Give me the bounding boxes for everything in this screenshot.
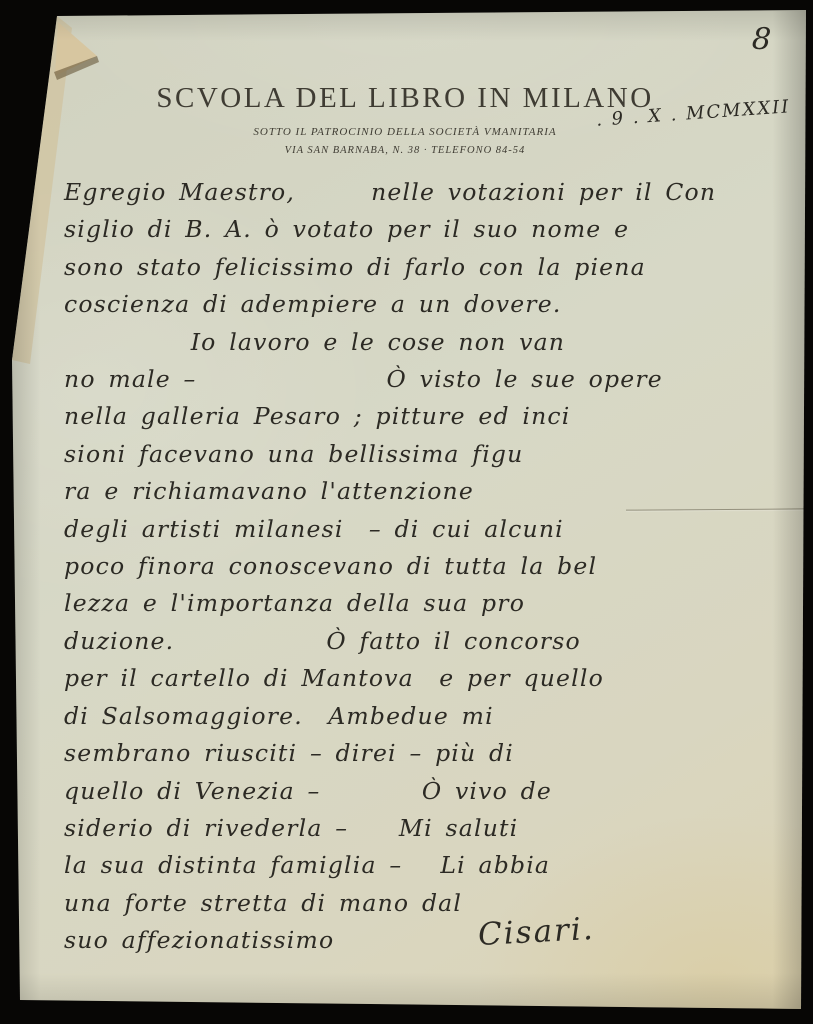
handwriting-line: una forte stretta di mano dal [64, 885, 794, 922]
photo-background: 8 SCVOLA DEL LIBRO IN MILANO SOTTO IL PA… [0, 0, 813, 1024]
handwriting-line: siderio di rivederla – Mi saluti [64, 810, 794, 847]
letter-paper: 8 SCVOLA DEL LIBRO IN MILANO SOTTO IL PA… [0, 0, 813, 1024]
handwriting-line: siglio di B. A. ò votato per il suo nome… [64, 211, 794, 248]
signature: Cisari. [477, 911, 595, 953]
letterhead-subtitle: SOTTO IL PATROCINIO DELLA SOCIETÀ VMANIT… [55, 126, 755, 138]
letter-body: Egregio Maestro, nelle votazioni per il … [64, 174, 794, 960]
handwriting-line: coscienza di adempiere a un dovere. [64, 286, 794, 323]
handwriting-line: sembrano riusciti – direi – più di [64, 735, 794, 772]
handwriting-line: Egregio Maestro, nelle votazioni per il … [64, 174, 794, 211]
handwriting-line: la sua distinta famiglia – Li abbia [64, 847, 794, 884]
handwriting-line: sioni facevano una bellissima figu [64, 436, 794, 473]
handwriting-line: duzione. Ò fatto il concorso [64, 623, 794, 660]
handwriting-line: per il cartello di Mantova e per quello [64, 660, 794, 697]
handwriting-line: nella galleria Pesaro ; pitture ed inci [64, 398, 794, 435]
handwriting-line: suo affezionatissimo [64, 922, 794, 959]
handwriting-line: quello di Venezia – Ò vivo de [64, 773, 794, 810]
handwriting-line: lezza e l'importanza della sua pro [64, 585, 794, 622]
handwriting-line: sono stato felicissimo di farlo con la p… [64, 249, 794, 286]
page-number: 8 [751, 22, 772, 58]
handwriting-line: di Salsomaggiore. Ambedue mi [64, 698, 794, 735]
handwriting-line: Io lavoro e le cose non van [64, 324, 794, 361]
handwriting-line: ra e richiamavano l'attenzione [64, 473, 794, 510]
handwriting-line: degli artisti milanesi – di cui alcuni [64, 511, 794, 548]
letterhead-address: VIA SAN BARNABA, N. 38 · TELEFONO 84-54 [55, 145, 755, 156]
handwriting-line: no male – Ò visto le sue opere [64, 361, 794, 398]
handwriting-line: poco finora conoscevano di tutta la bel [64, 548, 794, 585]
